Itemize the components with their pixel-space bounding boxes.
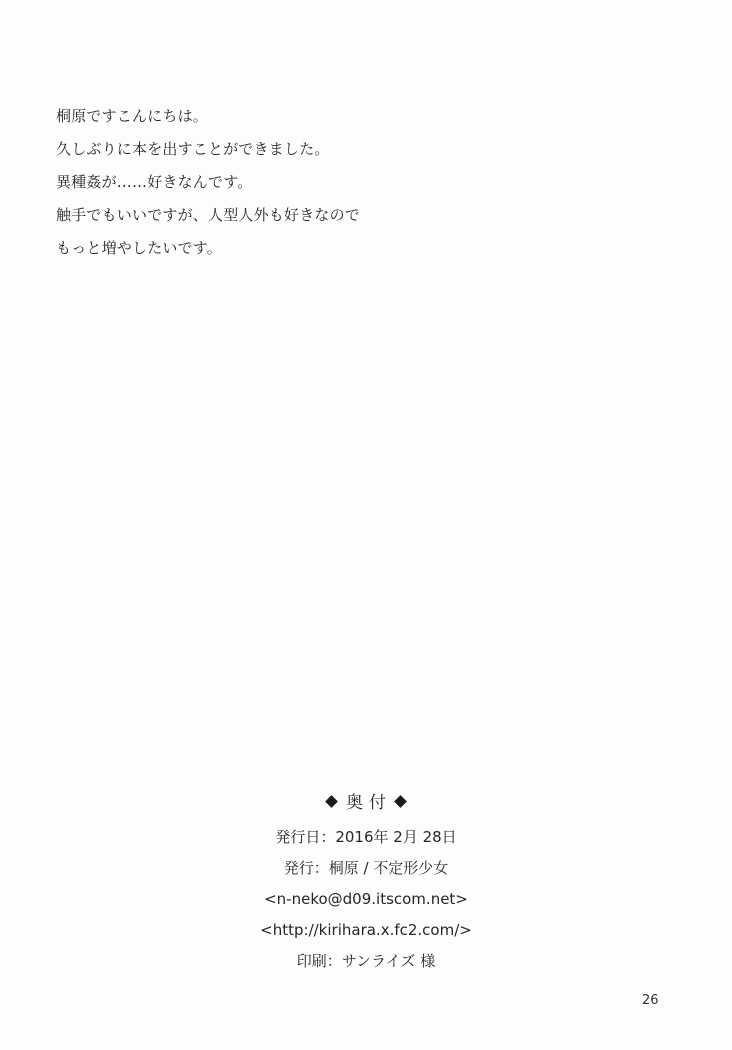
website-url: <http://kirihara.x.fc2.com/> (0, 915, 732, 946)
diamond-icon (325, 795, 338, 808)
diamond-icon (394, 795, 407, 808)
colophon-title: 奥付 (346, 793, 392, 813)
colophon: 奥付 発行日：2016年 2月 28日 発行：桐原 / 不定形少女 <n-nek… (0, 790, 732, 977)
publication-date: 発行日：2016年 2月 28日 (0, 822, 732, 853)
document-page: 桐原ですこんにちは。 久しぶりに本を出すことができました。 異種姦が……好きなん… (0, 0, 732, 1050)
page-number: 26 (642, 993, 659, 1008)
colophon-heading: 奥付 (0, 790, 732, 816)
printer: 印刷：サンライズ 様 (0, 946, 732, 977)
publisher: 発行：桐原 / 不定形少女 (0, 853, 732, 884)
contact-email: <n-neko@d09.itscom.net> (0, 884, 732, 915)
afterword-line: 桐原ですこんにちは。 (56, 106, 360, 139)
afterword-line: 異種姦が……好きなんです。 (56, 172, 360, 205)
afterword-text: 桐原ですこんにちは。 久しぶりに本を出すことができました。 異種姦が……好きなん… (56, 106, 360, 271)
afterword-line: もっと増やしたいです。 (56, 238, 360, 271)
afterword-line: 久しぶりに本を出すことができました。 (56, 139, 360, 172)
afterword-line: 触手でもいいですが、人型人外も好きなので (56, 205, 360, 238)
